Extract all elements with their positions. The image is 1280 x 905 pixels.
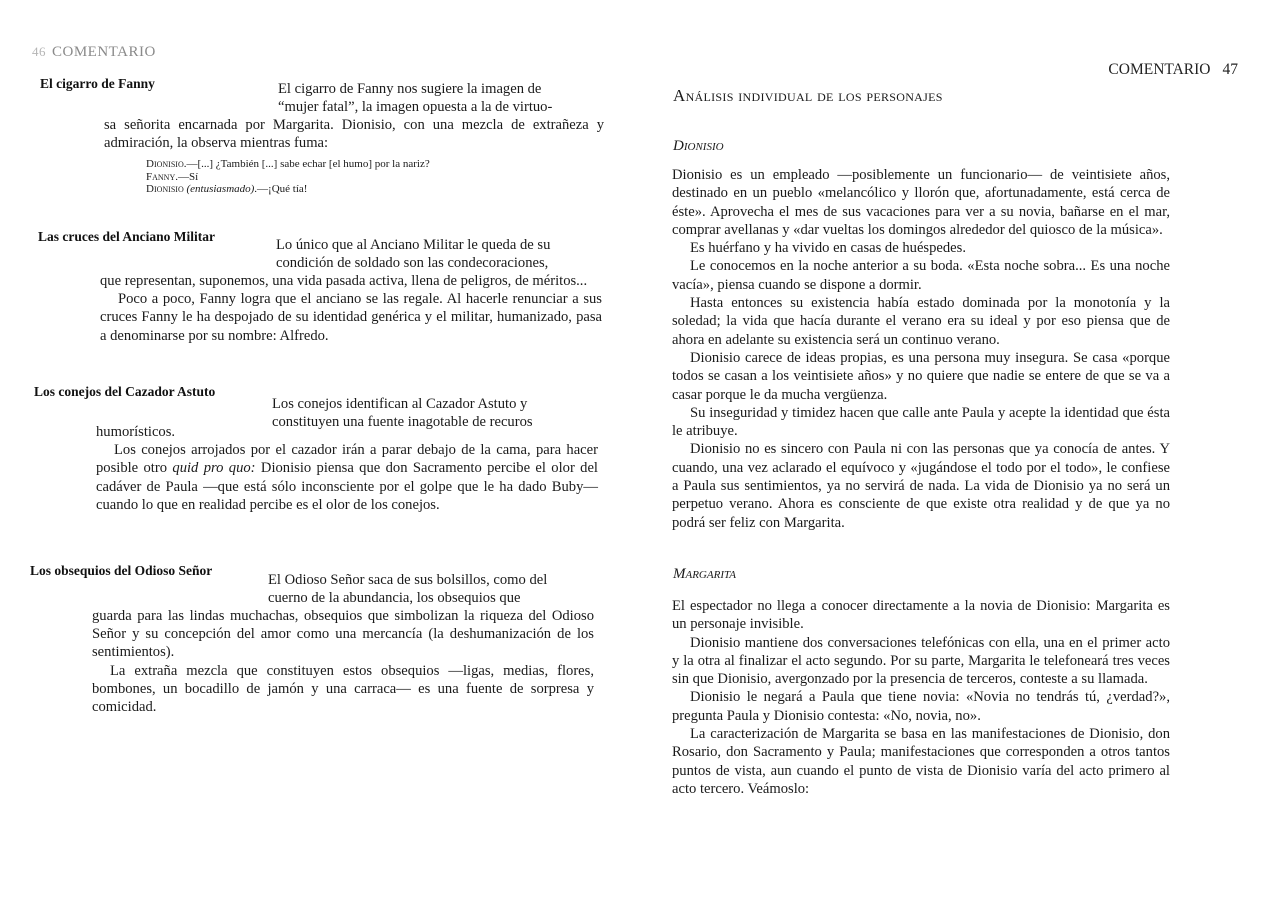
section-cruces-body: que representan, suponemos, una vida pas… xyxy=(100,272,602,345)
paragraph: Le conocemos en la noche anterior a su b… xyxy=(672,257,1170,294)
text-line: “mujer fatal”, la imagen opuesta a la de… xyxy=(278,98,604,116)
paragraph: Hasta entonces su existencia había estad… xyxy=(672,294,1170,349)
section-cigarro-body: sa señorita encarnada por Margarita. Dio… xyxy=(104,116,604,152)
text-line: condición de soldado son las condecoraci… xyxy=(276,254,602,272)
dialogue-line: Dionisio (entusiasmado).—¡Qué tía! xyxy=(146,183,430,196)
section-obsequios-first-lines: El Odioso Señor saca de sus bolsillos, c… xyxy=(268,571,594,607)
character-heading-margarita: Margarita xyxy=(673,566,736,583)
paragraph: Dionisio le negará a Paula que tiene nov… xyxy=(672,688,1170,725)
paragraph: Dionisio carece de ideas propias, es una… xyxy=(672,349,1170,404)
page-number-right: 47 xyxy=(1223,61,1239,78)
paragraph: Dionisio es un empleado —posiblemente un… xyxy=(672,166,1170,239)
latin-phrase: quid pro quo: xyxy=(172,460,255,476)
paragraph: La extraña mezcla que constituyen estos … xyxy=(92,662,594,717)
paragraph: Es huérfano y ha vivido en casas de hués… xyxy=(672,239,1170,257)
paragraph: El espectador no llega a conocer directa… xyxy=(672,597,1170,634)
speaker: Fanny xyxy=(146,171,175,183)
right-page: COMENTARIO47 Análisis individual de los … xyxy=(640,0,1280,905)
running-head-title: COMENTARIO xyxy=(52,44,156,60)
running-head-right: COMENTARIO47 xyxy=(1108,61,1238,79)
chapter-heading: Análisis individual de los personajes xyxy=(673,86,943,106)
section-title-cruces: Las cruces del Anciano Militar xyxy=(38,229,215,245)
dialogue-text: .—[...] ¿También [...] sabe echar [el hu… xyxy=(184,158,430,170)
paragraph: sa señorita encarnada por Margarita. Dio… xyxy=(104,116,604,152)
dialogue-excerpt: Dionisio.—[...] ¿También [...] sabe echa… xyxy=(146,158,430,196)
text-line: cuerno de la abundancia, los obsequios q… xyxy=(268,589,594,607)
speaker: Dionisio xyxy=(146,183,184,195)
running-head-title: COMENTARIO xyxy=(1108,61,1210,78)
character-body-margarita: El espectador no llega a conocer directa… xyxy=(672,597,1170,798)
speaker: Dionisio xyxy=(146,158,184,170)
character-body-dionisio: Dionisio es un empleado —posiblemente un… xyxy=(672,166,1170,532)
text-line: El Odioso Señor saca de sus bolsillos, c… xyxy=(268,571,594,589)
text-line: Los conejos identifican al Cazador Astut… xyxy=(272,395,598,413)
dialogue-line: Dionisio.—[...] ¿También [...] sabe echa… xyxy=(146,158,430,171)
character-heading-dionisio: Dionisio xyxy=(673,138,724,155)
paragraph: Los conejos arrojados por el cazador irá… xyxy=(96,441,598,514)
section-conejos-body: humorísticos. Los conejos arrojados por … xyxy=(96,423,598,514)
text-line: El cigarro de Fanny nos sugiere la image… xyxy=(278,80,604,98)
page-number-left: 46 xyxy=(32,44,46,59)
paragraph: que representan, suponemos, una vida pas… xyxy=(100,272,602,290)
paragraph: Poco a poco, Fanny logra que el anciano … xyxy=(100,290,602,345)
section-obsequios-body: guarda para las lindas muchachas, obsequ… xyxy=(92,607,594,716)
running-head-left: 46COMENTARIO xyxy=(32,44,156,61)
paragraph: guarda para las lindas muchachas, obsequ… xyxy=(92,607,594,662)
dialogue-text: .—Sí xyxy=(175,171,198,183)
paragraph: Dionisio no es sincero con Paula ni con … xyxy=(672,440,1170,531)
section-title-conejos: Los conejos del Cazador Astuto xyxy=(34,384,215,400)
text-line: Lo único que al Anciano Militar le queda… xyxy=(276,236,602,254)
paragraph: humorísticos. xyxy=(96,423,598,441)
section-title-cigarro: El cigarro de Fanny xyxy=(40,76,155,92)
section-cigarro-first-lines: El cigarro de Fanny nos sugiere la image… xyxy=(278,80,604,116)
section-title-obsequios: Los obsequios del Odioso Señor xyxy=(30,563,212,579)
left-page: 46COMENTARIO El cigarro de Fanny El ciga… xyxy=(0,0,640,905)
paragraph: Su inseguridad y timidez hacen que calle… xyxy=(672,404,1170,441)
dialogue-line: Fanny.—Sí xyxy=(146,171,430,184)
stage-direction: (entusiasmado) xyxy=(184,183,255,195)
paragraph: Dionisio mantiene dos conversaciones tel… xyxy=(672,634,1170,689)
section-cruces-first-lines: Lo único que al Anciano Militar le queda… xyxy=(276,236,602,272)
dialogue-text: .—¡Qué tía! xyxy=(254,183,307,195)
paragraph: La caracterización de Margarita se basa … xyxy=(672,725,1170,798)
